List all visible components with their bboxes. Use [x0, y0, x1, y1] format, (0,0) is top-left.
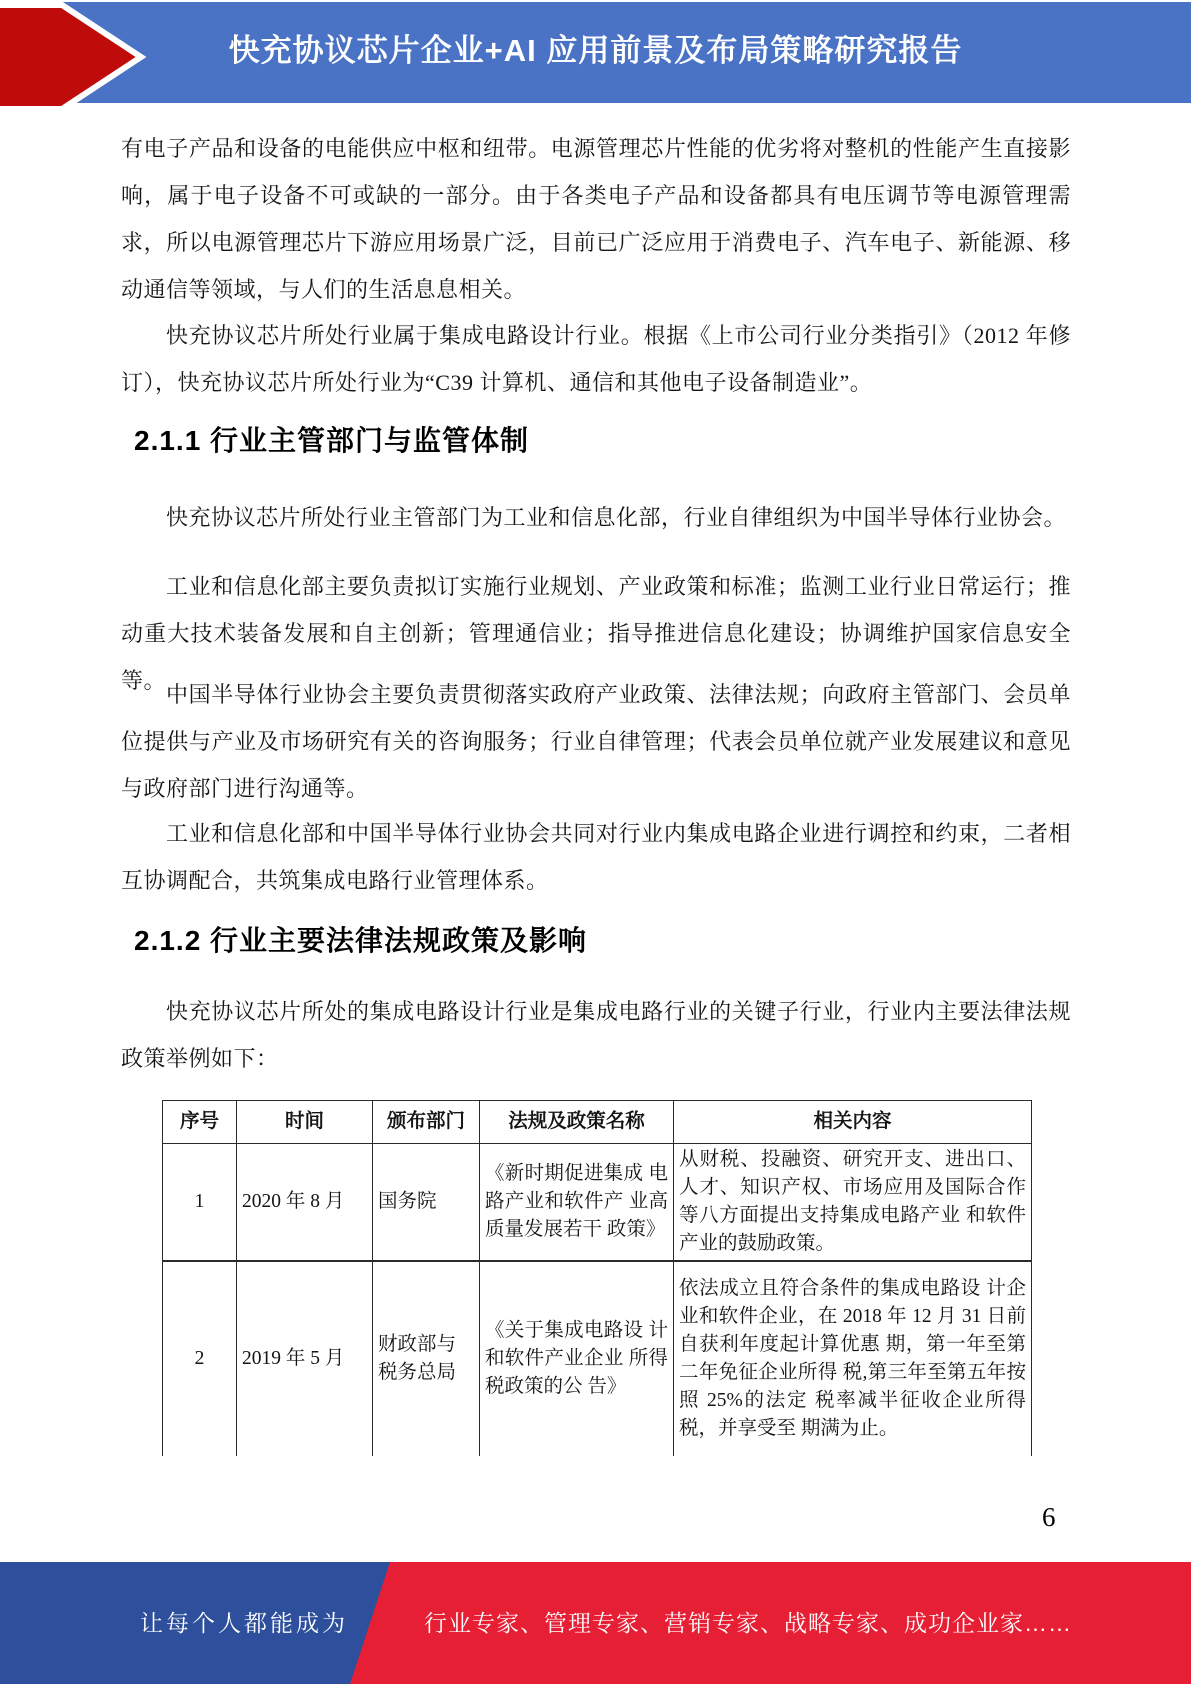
cell-policy-name: 《关于集成电路设 计和软件产业企业 所得税政策的公 告》 — [480, 1261, 674, 1456]
law-policy-table: 序号 时间 颁布部门 法规及政策名称 相关内容 1 2020 年 8 月 国务院… — [162, 1100, 1032, 1456]
col-header-time: 时间 — [237, 1101, 373, 1144]
report-page: { "header": { "title": "快充协议芯片企业+AI 应用前景… — [0, 0, 1191, 1684]
table-row: 1 2020 年 8 月 国务院 《新时期促进集成 电路产业和软件产 业高质量发… — [163, 1144, 1032, 1262]
cell-policy-name: 《新时期促进集成 电路产业和软件产 业高质量发展若干 政策》 — [480, 1144, 674, 1262]
table-header-row: 序号 时间 颁布部门 法规及政策名称 相关内容 — [163, 1101, 1032, 1144]
footer-slogan-left: 让每个人都能成为 — [140, 1608, 348, 1638]
cell-index: 1 — [163, 1144, 237, 1262]
cell-time: 2020 年 8 月 — [237, 1144, 373, 1262]
footer-banner: 让每个人都能成为 行业专家、管理专家、营销专家、战略专家、成功企业家…… — [0, 1562, 1191, 1684]
cell-content: 依法成立且符合条件的集成电路设 计企业和软件企业，在 2018 年 12 月 3… — [674, 1261, 1032, 1456]
section-heading-2-1-1: 2.1.1 行业主管部门与监管体制 — [134, 424, 1064, 458]
table-row: 2 2019 年 5 月 财政部与 税务总局 《关于集成电路设 计和软件产业企业… — [163, 1261, 1032, 1456]
paragraph-csia-duties: 中国半导体行业协会主要负责贯彻落实政府产业政策、法律法规；向政府主管部门、会员单… — [121, 671, 1071, 812]
paragraph-industry-class: 快充协议芯片所处行业属于集成电路设计行业。根据《上市公司行业分类指引》（2012… — [121, 312, 1071, 406]
cell-department: 国务院 — [373, 1144, 480, 1262]
cell-time: 2019 年 5 月 — [237, 1261, 373, 1456]
col-header-index: 序号 — [163, 1101, 237, 1144]
paragraph-power-chip: 有电子产品和设备的电能供应中枢和纽带。电源管理芯片性能的优劣将对整机的性能产生直… — [121, 125, 1071, 313]
footer-slogan-right: 行业专家、管理专家、营销专家、战略专家、成功企业家…… — [424, 1608, 1072, 1638]
cell-index: 2 — [163, 1261, 237, 1456]
page-number: 6 — [1042, 1502, 1056, 1533]
cell-department: 财政部与 税务总局 — [373, 1261, 480, 1456]
paragraph-joint-regulation: 工业和信息化部和中国半导体行业协会共同对行业内集成电路企业进行调控和约束，二者相… — [121, 810, 1071, 904]
col-header-department: 颁布部门 — [373, 1101, 480, 1144]
col-header-content: 相关内容 — [674, 1101, 1032, 1144]
section-heading-2-1-2: 2.1.2 行业主要法律法规政策及影响 — [134, 924, 1064, 958]
paragraph-regulators: 快充协议芯片所处行业主管部门为工业和信息化部，行业自律组织为中国半导体行业协会。 — [121, 494, 1071, 541]
cell-content: 从财税、投融资、研究开支、进出口、人才、知识产权、市场应用及国际合作等八方面提出… — [674, 1144, 1032, 1262]
paragraph-policy-intro: 快充协议芯片所处的集成电路设计行业是集成电路行业的关键子行业，行业内主要法律法规… — [121, 988, 1071, 1082]
col-header-policy-name: 法规及政策名称 — [480, 1101, 674, 1144]
report-title: 快充协议芯片企业+AI 应用前景及布局策略研究报告 — [0, 31, 1191, 71]
